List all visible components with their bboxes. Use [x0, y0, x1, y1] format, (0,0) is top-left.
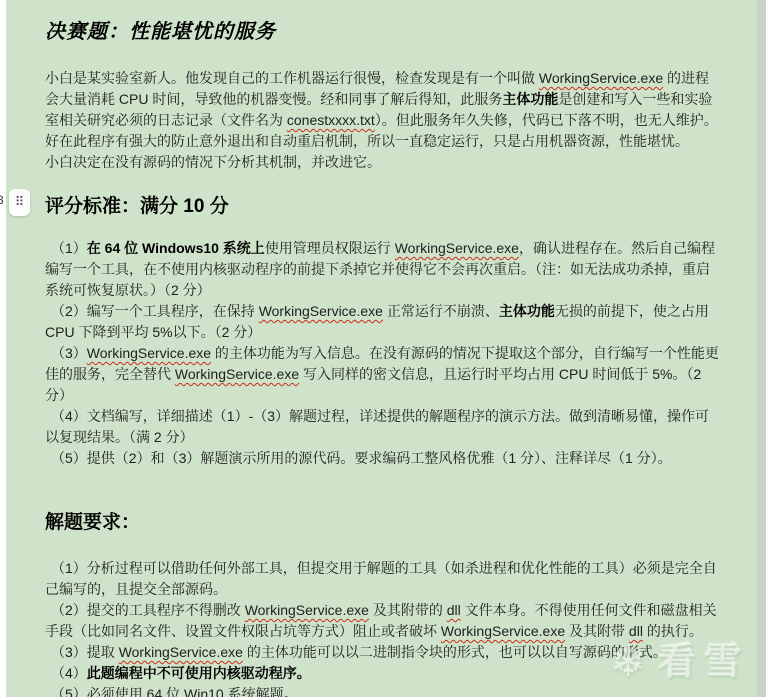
spellcheck-flagged-text: conestxxxx.txt [287, 112, 375, 128]
text-run: （1）分析过程可以借助任何外部工具，但提交用于解题的工具（如杀进程和优化性能的工… [45, 560, 717, 597]
text-run: 小白决定在没有源码的情况下分析其机制，并改进它。 [45, 154, 381, 170]
text-run: 的主体功能可以以二进制指令块的形式，也可以以自写源码的形式。 [243, 644, 667, 660]
text-run: （2）提交的工具程序不得删改 [51, 602, 245, 618]
document-page: 3 ⠿ 决赛题：性能堪忧的服务 小白是某实验室新人。他发现自己的工作机器运行很慢… [0, 0, 766, 697]
spellcheck-flagged-text: dll [629, 623, 643, 639]
text-run: （3）提取 [51, 644, 119, 660]
spellcheck-flagged-text: WorkingService.exe [259, 303, 383, 319]
text-run: 及其附带 [565, 623, 629, 639]
text-run: （1） [51, 240, 87, 256]
spellcheck-flagged-text: WorkingService.exe [441, 623, 565, 639]
spellcheck-flagged-text: dll [447, 602, 461, 618]
scoring-heading: 评分标准：满分 10 分 [45, 193, 723, 220]
spellcheck-flagged-text: WorkingService.exe [539, 70, 663, 86]
requirement-item-5: （5）必须使用 64 位 Win10 系统解题。 [45, 684, 723, 697]
bold-text-run: 主体功能 [502, 91, 558, 107]
bold-text-run: 在 64 位 Windows10 系统上 [87, 240, 265, 256]
text-run: （2）编写一个工具程序，在保持 [51, 303, 259, 319]
right-edge-strip [757, 0, 766, 697]
bold-text-run: 主体功能 [499, 303, 555, 319]
scoring-item-1: （1）在 64 位 Windows10 系统上使用管理员权限运行 Working… [45, 238, 723, 301]
left-margin-strip [0, 0, 6, 697]
requirements-heading: 解题要求： [45, 509, 723, 536]
text-run: （5）必须使用 64 位 Win10 系统解题。 [51, 686, 298, 697]
text-run: （3） [51, 345, 87, 361]
edge-cutoff-text: 3 [0, 193, 4, 207]
kanxue-watermark: ❄ 看雪 [611, 641, 750, 683]
bold-text-run: 此题编程中不可使用内核驱动程序。 [87, 665, 311, 681]
text-run: 使用管理员权限运行 [265, 240, 395, 256]
scoring-item-4: （4）文档编写，详细描述（1）-（3）解题过程，详述提供的解题程序的演示方法。做… [45, 406, 723, 448]
text-run: 的执行。 [643, 623, 703, 639]
text-run: （5）提供（2）和（3）解题演示所用的源代码。要求编码工整风格优雅（1 分）、注… [51, 450, 672, 466]
text-run: 正常运行不崩溃、 [383, 303, 499, 319]
spellcheck-flagged-text: WorkingService.exe [245, 602, 369, 618]
requirement-item-2: （2）提交的工具程序不得删改 WorkingService.exe 及其附带的 … [45, 600, 723, 642]
scoring-item-5: （5）提供（2）和（3）解题演示所用的源代码。要求编码工整风格优雅（1 分）、注… [45, 448, 723, 469]
spellcheck-flagged-text: WorkingService.exe [87, 345, 211, 361]
grip-dots-icon: ⠿ [15, 196, 25, 209]
text-run: 及其附带的 [369, 602, 447, 618]
spellcheck-flagged-text: WorkingService.exe [175, 366, 299, 382]
text-run: （4） [51, 665, 87, 681]
text-run: （4）文档编写，详细描述（1）-（3）解题过程，详述提供的解题程序的演示方法。做… [45, 408, 709, 445]
document-content: 决赛题：性能堪忧的服务 小白是某实验室新人。他发现自己的工作机器运行很慢，检查发… [45, 14, 723, 697]
scoring-item-2: （2）编写一个工具程序，在保持 WorkingService.exe 正常运行不… [45, 301, 723, 343]
document-title: 决赛题：性能堪忧的服务 [45, 18, 723, 46]
intro-paragraph: 小白是某实验室新人。他发现自己的工作机器运行很慢，检查发现是有一个叫做 Work… [45, 68, 723, 152]
intro-paragraph-2: 小白决定在没有源码的情况下分析其机制，并改进它。 [45, 152, 723, 173]
watermark-label: 看雪 [658, 643, 750, 681]
spellcheck-flagged-text: WorkingService.exe [119, 644, 243, 660]
block-drag-handle[interactable]: ⠿ [9, 189, 30, 216]
text-run: 小白是某实验室新人。他发现自己的工作机器运行很慢，检查发现是有一个叫做 [45, 70, 539, 86]
scoring-item-3: （3）WorkingService.exe 的主体功能为写入信息。在没有源码的情… [45, 343, 723, 406]
requirement-item-1: （1）分析过程可以借助任何外部工具，但提交用于解题的工具（如杀进程和优化性能的工… [45, 558, 723, 600]
spellcheck-flagged-text: WorkingService.exe [395, 240, 519, 256]
snowflake-icon: ❄ [611, 641, 646, 683]
